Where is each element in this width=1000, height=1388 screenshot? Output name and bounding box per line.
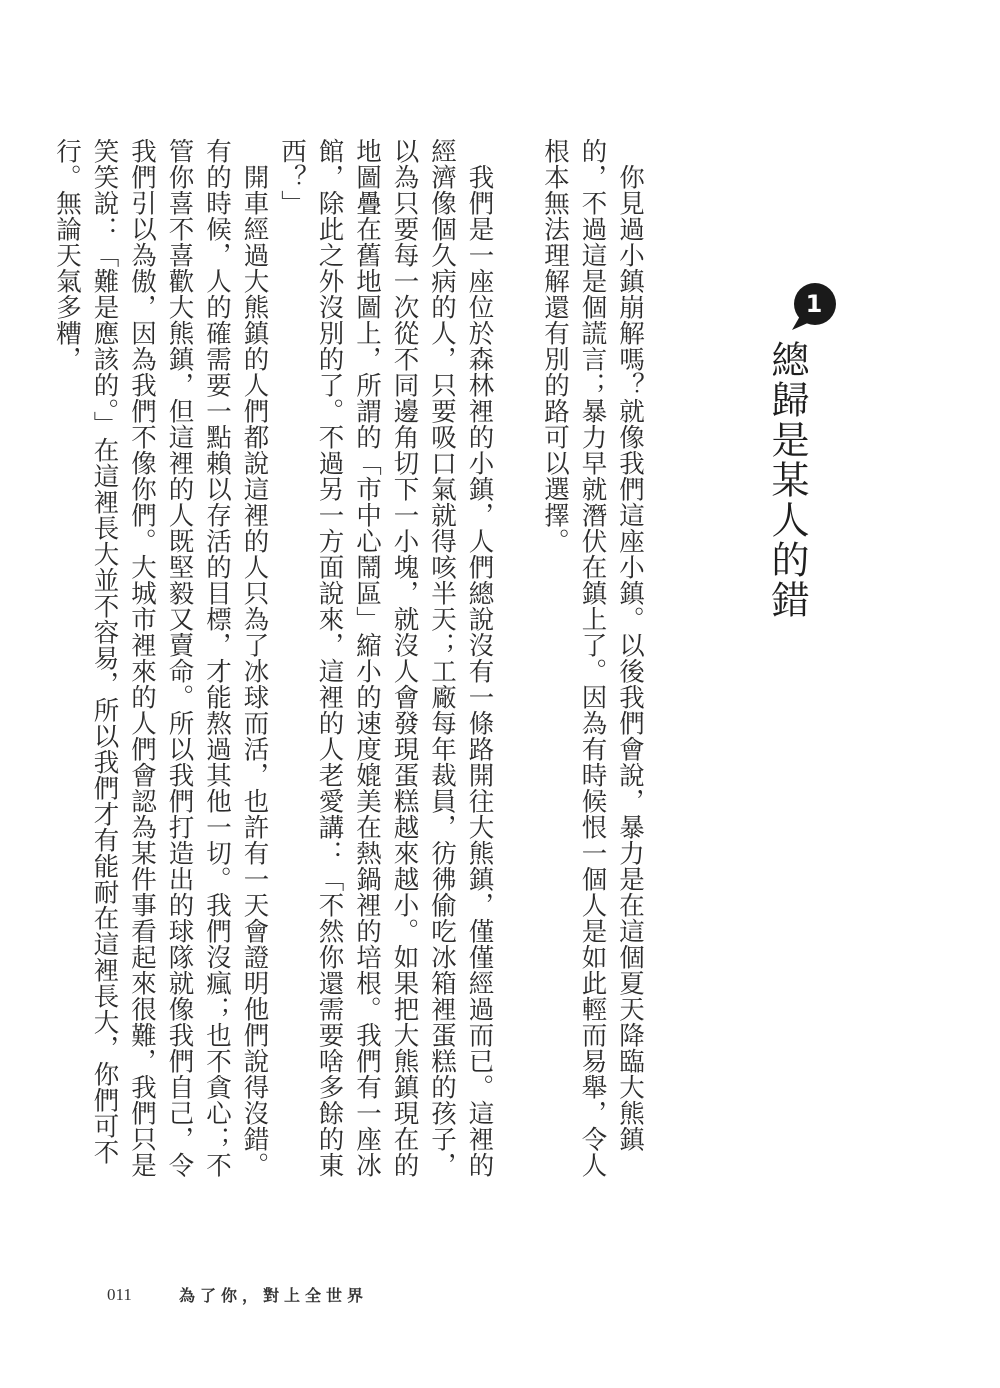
running-book-title: 為了你，對上全世界 xyxy=(179,1283,368,1306)
paragraph-2: 我們是一座位於森林裡的小鎮，人們總說沒有一條路開往大熊鎮，僅僅經過而已。這裡的經… xyxy=(273,138,498,1188)
book-page: 1 總歸是某人的錯 你見過小鎮崩解嗎？就像我們這座小鎮。以後我們會說，暴力是在這… xyxy=(0,0,1000,1388)
page-number: 011 xyxy=(107,1285,179,1305)
page-footer: 011 為了你，對上全世界 xyxy=(107,1283,368,1306)
body-text: 你見過小鎮崩解嗎？就像我們這座小鎮。以後我們會說，暴力是在這個夏天降臨大熊鎮的，… xyxy=(48,138,649,1188)
chapter-number-badge: 1 xyxy=(790,282,838,330)
chapter-number: 1 xyxy=(790,282,838,326)
paragraph-1: 你見過小鎮崩解嗎？就像我們這座小鎮。以後我們會說，暴力是在這個夏天降臨大熊鎮的，… xyxy=(536,138,649,1188)
paragraph-3: 開車經過大熊鎮的人們都說這裡的人只為了冰球而活，也許有一天會證明他們說得沒錯。有… xyxy=(48,138,273,1188)
chapter-title: 總歸是某人的錯 xyxy=(764,340,810,620)
